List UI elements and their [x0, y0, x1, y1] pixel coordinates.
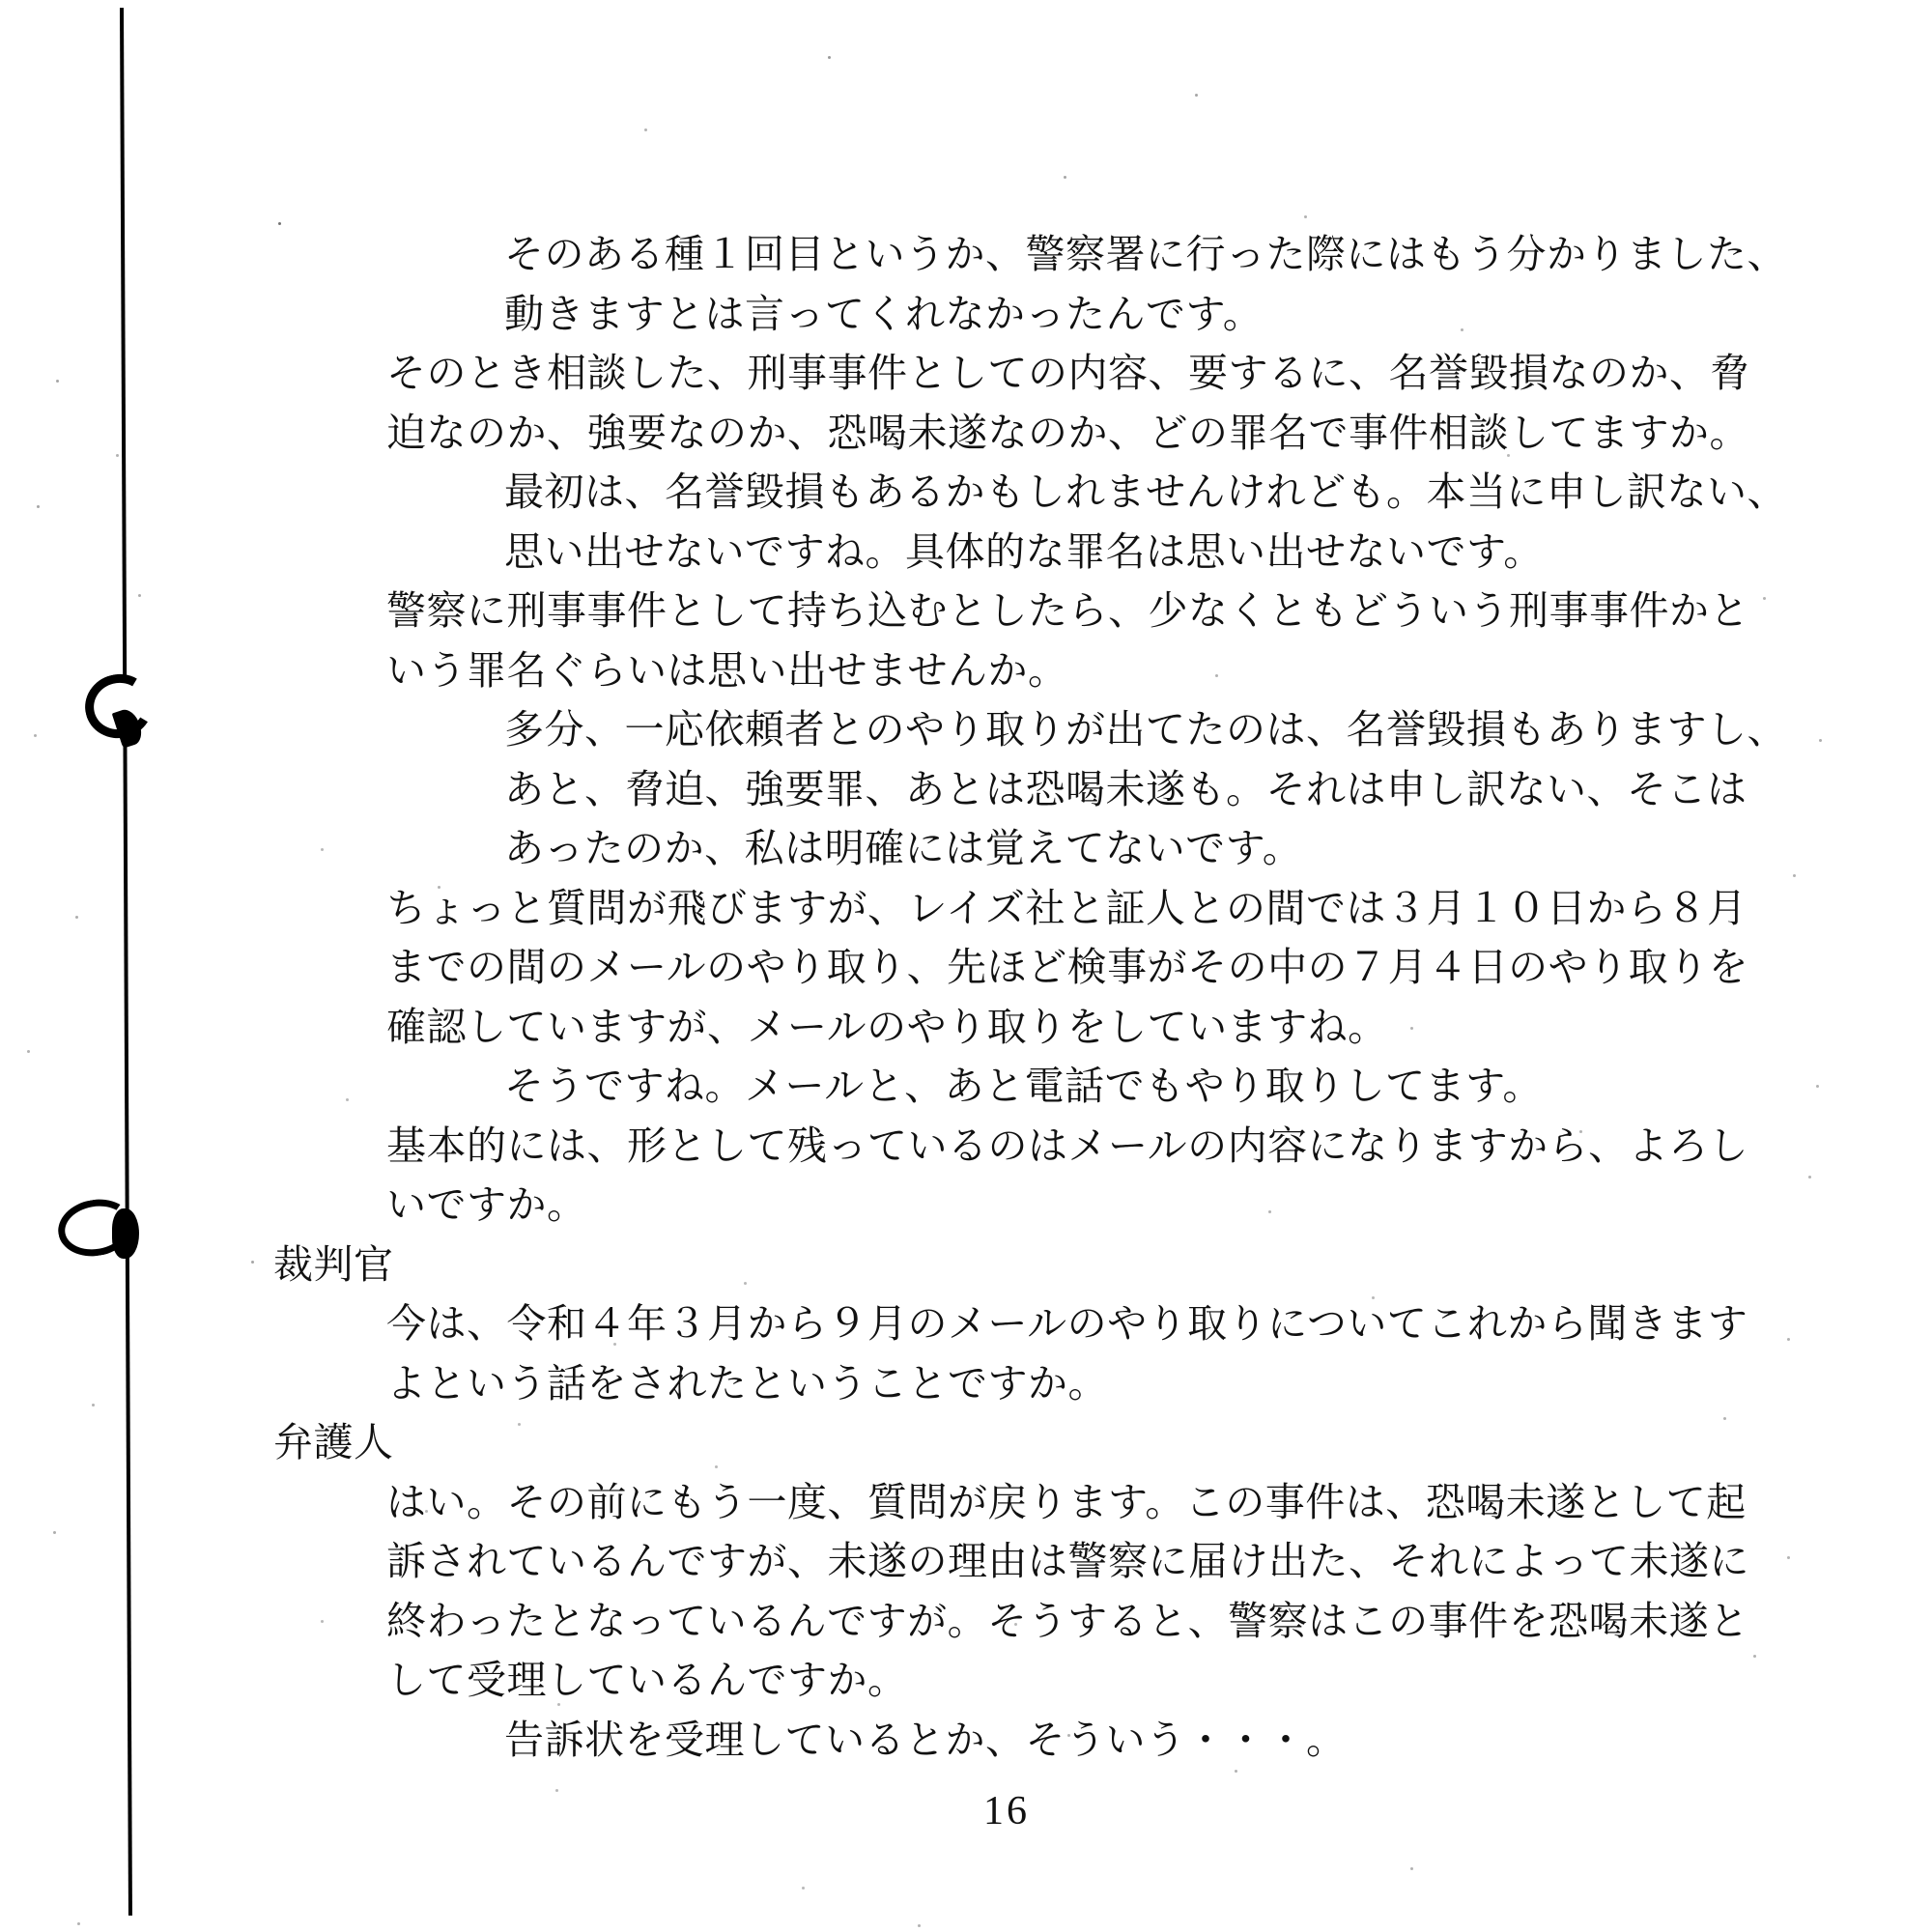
scanned-page: そのある種１回目というか、警察署に行った際にはもう分かりました、動きますとは言っ… — [0, 0, 1932, 1932]
transcript-line: 告訴状を受理しているとか、そういう・・・。 — [0, 1711, 1932, 1771]
speaker-label: 弁護人 — [0, 1413, 1932, 1473]
transcript-line: ちょっと質問が飛びますが、レイズ社と証人との間では３月１０日から８月 — [0, 879, 1932, 939]
transcript-line: 終わったとなっているんですが。そうすると、警察はこの事件を恐喝未遂と — [0, 1592, 1932, 1652]
transcript-line: 今は、令和４年３月から９月のメールのやり取りについてこれから聞きます — [0, 1294, 1932, 1354]
transcript-line: 動きますとは言ってくれなかったんです。 — [0, 285, 1932, 345]
transcript-line: そのとき相談した、刑事事件としての内容、要するに、名誉毀損なのか、脅 — [0, 344, 1932, 404]
transcript-line: はい。その前にもう一度、質問が戻ります。この事件は、恐喝未遂として起 — [0, 1473, 1932, 1533]
transcript-line: 多分、一応依頼者とのやり取りが出てたのは、名誉毀損もありますし、 — [0, 700, 1932, 760]
transcript-line: 最初は、名誉毀損もあるかもしれませんけれども。本当に申し訳ない、 — [0, 463, 1932, 523]
speaker-label: 裁判官 — [0, 1236, 1932, 1295]
transcript-line: して受理しているんですか。 — [0, 1651, 1932, 1711]
transcript-line: そのある種１回目というか、警察署に行った際にはもう分かりました、 — [0, 225, 1932, 285]
transcript-text-block: そのある種１回目というか、警察署に行った際にはもう分かりました、動きますとは言っ… — [0, 225, 1932, 1770]
transcript-line: 訴されているんですが、未遂の理由は警察に届け出た、それによって未遂に — [0, 1532, 1932, 1592]
transcript-line: そうですね。メールと、あと電話でもやり取りしてます。 — [0, 1057, 1932, 1117]
transcript-line: あと、脅迫、強要罪、あとは恐喝未遂も。それは申し訳ない、そこは — [0, 760, 1932, 820]
transcript-line: いですか。 — [0, 1176, 1932, 1236]
transcript-line: よという話をされたということですか。 — [0, 1354, 1932, 1414]
transcript-line: いう罪名ぐらいは思い出せませんか。 — [0, 641, 1932, 701]
transcript-line: 基本的には、形として残っているのはメールの内容になりますから、よろし — [0, 1117, 1932, 1177]
transcript-line: あったのか、私は明確には覚えてないです。 — [0, 819, 1932, 879]
transcript-line: 思い出せないですね。具体的な罪名は思い出せないです。 — [0, 523, 1932, 582]
transcript-line: 迫なのか、強要なのか、恐喝未遂なのか、どの罪名で事件相談してますか。 — [0, 404, 1932, 464]
transcript-line: 確認していますが、メールのやり取りをしていますね。 — [0, 998, 1932, 1058]
page-number: 16 — [983, 1788, 1030, 1834]
transcript-line: までの間のメールのやり取り、先ほど検事がその中の７月４日のやり取りを — [0, 938, 1932, 998]
transcript-line: 警察に刑事事件として持ち込むとしたら、少なくともどういう刑事事件かと — [0, 582, 1932, 641]
scan-speckles — [0, 0, 3, 3]
